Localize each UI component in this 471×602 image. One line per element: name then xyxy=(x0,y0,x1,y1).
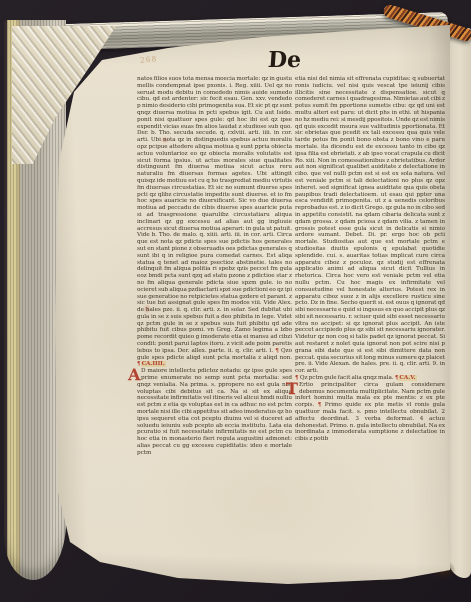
illuminated-initial: A xyxy=(128,368,140,381)
right-column-paragraph-2: TErtio principaliter circa gulam conside… xyxy=(295,382,445,443)
column-right: etia nisi del nimia sit effrenata cupidi… xyxy=(295,76,445,443)
left-column-paragraph-1: natos filios suos tota mensa moecia mort… xyxy=(137,76,292,368)
pilcrow-mark: ¶ xyxy=(275,348,279,354)
chapter-number: CA.IIII. xyxy=(141,361,166,367)
folio-number-annotation: 268 xyxy=(140,54,158,64)
photo-backdrop: { "photo": { "background_color": "#221c2… xyxy=(0,0,471,602)
pilcrow-mark: ¶ xyxy=(295,375,299,381)
running-header: De xyxy=(267,47,339,73)
right-column-rubric: ¶ Qz pctm gule facit alia qnqz mala. ¶CA… xyxy=(295,375,445,382)
pilcrow-mark: ¶ xyxy=(318,402,322,408)
left-column-paragraph-2: AD maiore intellectu pdictoz notadu: qz … xyxy=(137,368,292,456)
chapter-number: CA.V. xyxy=(398,375,416,381)
column-left: natos filios suos tota mensa moecia mort… xyxy=(137,76,292,457)
illuminated-initial: T xyxy=(286,382,298,395)
open-book-page: 268 De natos filios suos tota mensa moec… xyxy=(48,22,450,584)
right-column-paragraph-1: etia nisi del nimia sit effrenata cupidi… xyxy=(295,76,445,375)
